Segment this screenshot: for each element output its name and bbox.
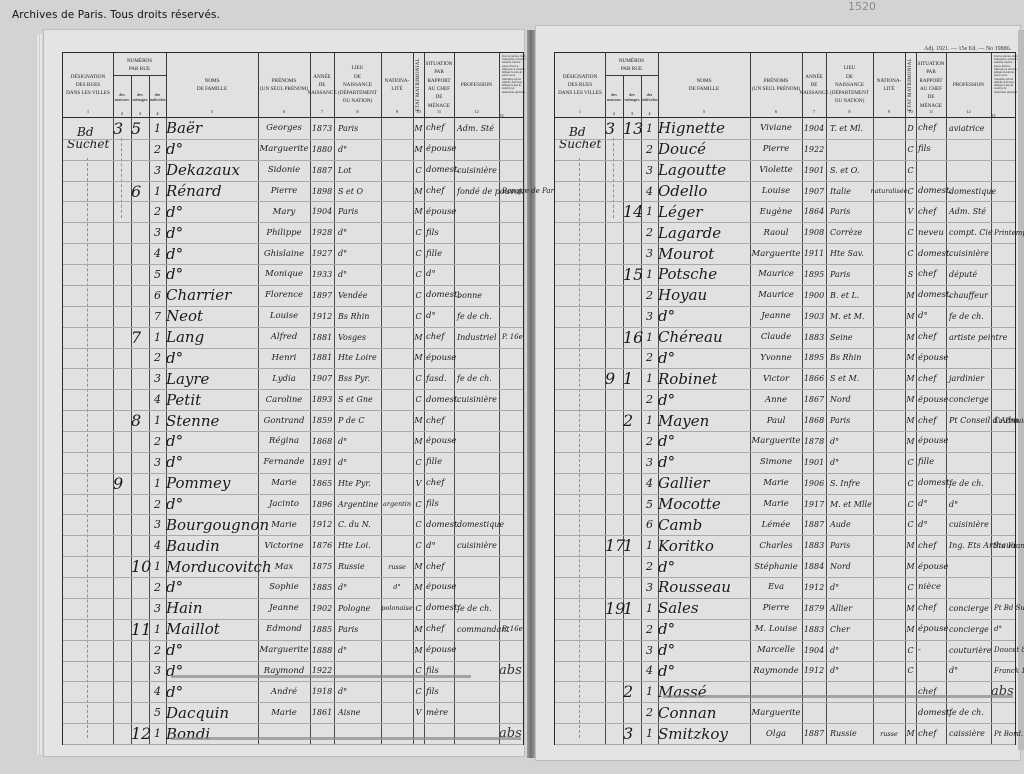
cell-year: 1861 <box>310 702 334 723</box>
cell-place: d° <box>334 640 385 661</box>
cell-place: Allier <box>826 598 877 619</box>
cell-sit: d° <box>424 535 456 556</box>
cell-house <box>113 494 131 515</box>
cell-house <box>113 139 131 160</box>
cell-emp <box>991 160 1018 181</box>
cell-emp <box>991 264 1018 285</box>
cell-year: 1887 <box>802 723 826 744</box>
header-text: maisons <box>115 97 129 102</box>
table-row: 7NeotLouise1912Bs RhinCd°fe de ch. <box>63 306 523 328</box>
cell-nat <box>873 577 905 598</box>
cell-menage: 7 <box>131 327 149 348</box>
cell-year: 1907 <box>310 368 334 389</box>
cell-place: d° <box>334 452 385 473</box>
cell-sit: épouse <box>916 389 948 410</box>
cell-sit: fille <box>424 243 456 264</box>
cell-civ: M <box>413 201 424 222</box>
cell-year: 1912 <box>802 661 826 682</box>
header-text: DES RUES <box>568 81 592 89</box>
header-text: de <box>846 73 853 81</box>
cell-nat: russe <box>381 556 413 577</box>
table-row: 2d°Régina1868d°Mépouse <box>63 431 523 453</box>
cell-emp <box>499 681 526 702</box>
header-etat-matrimonial: ÉTAT MATRIMONIAL10 <box>905 53 917 117</box>
cell-prof <box>454 410 502 431</box>
cell-ind: 2 <box>149 431 166 452</box>
cell-menage <box>623 452 641 473</box>
cell-emp <box>499 348 526 369</box>
cell-year: 1875 <box>310 556 334 577</box>
cell-year: 1881 <box>310 327 334 348</box>
cell-place: Seine <box>826 327 877 348</box>
cell-prof: Ing. Ets Arthaud <box>946 535 994 556</box>
cell-prof <box>454 222 502 243</box>
cell-place: Pologne <box>334 598 385 619</box>
cell-name: Baër <box>166 118 258 139</box>
cell-ind: 3 <box>149 222 166 243</box>
cell-first: Marguerite <box>750 702 802 723</box>
cell-sit: d° <box>424 306 456 327</box>
cell-prof <box>454 681 502 702</box>
cell-prof <box>946 431 994 452</box>
cell-nat <box>873 452 905 473</box>
cell-year: 1900 <box>802 285 826 306</box>
cell-name: Connan <box>658 702 750 723</box>
cell-emp <box>991 389 1018 410</box>
cell-name: Lagoutte <box>658 160 750 181</box>
cell-first: Raymond <box>258 661 310 682</box>
cell-first: Victor <box>750 368 802 389</box>
cell-house: 3 <box>605 118 623 139</box>
cell-name: d° <box>658 452 750 473</box>
cell-menage <box>131 452 149 473</box>
cell-sit <box>916 661 948 682</box>
cell-ind: 3 <box>641 577 658 598</box>
header-text: PROFESSION <box>461 81 492 89</box>
cell-civ <box>905 702 916 723</box>
cell-sit: chef <box>424 410 456 431</box>
cell-civ: M <box>905 619 916 640</box>
header-text: LIEU <box>352 64 364 72</box>
table-row: 141LégerEugène1864ParisVchefAdm. Sté <box>555 201 1015 223</box>
header-text: NUMÉROS <box>619 57 644 65</box>
cell-first: Eva <box>750 577 802 598</box>
cell-prof <box>454 702 502 723</box>
cell-first: Régina <box>258 431 310 452</box>
header-text: 10 <box>413 108 424 115</box>
cell-civ: M <box>905 431 916 452</box>
cell-civ: M <box>413 410 424 431</box>
table-row: 2LagardeRaoul1908CorrèzeCneveucompt. Cie… <box>555 222 1015 244</box>
cell-nat <box>381 306 413 327</box>
header-text: NUMÉROS <box>127 57 152 65</box>
cell-emp: Doucet 8e <box>991 640 1018 661</box>
header-text: NATIONA- <box>385 77 410 85</box>
cell-year: 1902 <box>310 598 334 619</box>
cell-nat <box>381 473 413 494</box>
cell-menage: 1 <box>623 368 641 389</box>
cell-ind: 3 <box>641 640 658 661</box>
cell-year: 1865 <box>310 473 334 494</box>
cell-ind: 2 <box>149 640 166 661</box>
cell-ind: 7 <box>149 306 166 327</box>
cell-place: Italie <box>826 181 877 202</box>
cell-place: Vosges <box>334 327 385 348</box>
cell-name: d° <box>166 264 258 285</box>
cell-house <box>113 327 131 348</box>
cell-place: S et M. <box>826 368 877 389</box>
header-text: Pour les patrons, chefs d'entreprise, ou… <box>994 55 1018 94</box>
cell-civ: C <box>413 222 424 243</box>
table-row: 4BaudinVictorine1876Hte Loi.Cd°cuisinièr… <box>63 535 523 557</box>
cell-name: Bondi <box>166 723 258 744</box>
table-row: 2d°M. Louise1883CherMépouseconcierged° <box>555 619 1015 641</box>
cell-prof: cuisinière <box>946 514 994 535</box>
cell-emp <box>499 640 526 661</box>
header-numeros-sub: desménages3 <box>623 75 642 118</box>
cell-emp <box>499 702 526 723</box>
cell-menage <box>131 514 149 535</box>
cell-first: Marie <box>258 473 310 494</box>
cell-name: d° <box>166 681 258 702</box>
census-sheet-right: DÉSIGNATIONDES RUESdans les villes1NOMSD… <box>554 52 1016 745</box>
table-row: 61RénardPierre1898S et OMcheffondé de po… <box>63 181 523 203</box>
cell-nat <box>873 368 905 389</box>
cell-first: Louise <box>258 306 310 327</box>
cell-name: Charrier <box>166 285 258 306</box>
header-text: dans les villes <box>66 89 110 97</box>
cell-sit: chef <box>916 598 948 619</box>
cell-prof <box>454 494 502 515</box>
cell-emp <box>991 243 1018 264</box>
cell-emp: Banque de Paris <box>499 181 526 202</box>
cell-emp <box>499 514 526 535</box>
table-row: 3d°Philippe1928d°Cfils <box>63 222 523 244</box>
cell-ind: 2 <box>641 556 658 577</box>
cell-civ: M <box>905 389 916 410</box>
cell-year: 1898 <box>310 181 334 202</box>
cell-prof: fe de ch. <box>454 598 502 619</box>
cell-name: d° <box>166 222 258 243</box>
cell-first: Simone <box>750 452 802 473</box>
cell-menage <box>623 556 641 577</box>
cell-house <box>605 681 623 702</box>
cell-prof <box>454 243 502 264</box>
cell-name: Stenne <box>166 410 258 431</box>
cell-name: Hignette <box>658 118 750 139</box>
cell-sit: chef <box>424 556 456 577</box>
cell-house <box>113 389 131 410</box>
cell-place <box>334 723 385 744</box>
header-numeros-sub: desindividus4 <box>641 75 659 118</box>
cell-sit: fasd. <box>424 368 456 389</box>
cell-first: Lémée <box>750 514 802 535</box>
cell-nat <box>873 556 905 577</box>
table-row: 4d°Ghislaine1927d°Cfille <box>63 243 523 265</box>
cell-ind: 4 <box>149 389 166 410</box>
cell-year: 1917 <box>802 494 826 515</box>
cell-year <box>802 681 826 702</box>
header-text: 10 <box>905 108 916 115</box>
cell-name: d° <box>658 389 750 410</box>
cell-civ: C <box>413 494 424 515</box>
cell-menage <box>623 389 641 410</box>
table-row: 4d°André1918d°Cfils <box>63 681 523 703</box>
cell-place: S et O <box>334 181 385 202</box>
table-row: 5MocotteMarie1917M. et MlleCd°d° <box>555 494 1015 516</box>
cell-year: 1879 <box>802 598 826 619</box>
cell-first: Ghislaine <box>258 243 310 264</box>
cell-menage <box>131 264 149 285</box>
cell-prof <box>454 201 502 222</box>
cell-first: Marguerite <box>750 243 802 264</box>
cell-sit: domest. <box>424 389 456 410</box>
table-row: 3HainJeanne1902PolognepolonaiseCdomest.f… <box>63 598 523 620</box>
cell-civ: M <box>413 327 424 348</box>
cell-name: Layre <box>166 368 258 389</box>
table-row: 111MaillotEdmond1885ParisMchefcommandant… <box>63 619 523 641</box>
cell-year: 1883 <box>802 535 826 556</box>
cell-menage <box>623 181 641 202</box>
cell-name: Lagarde <box>658 222 750 243</box>
cell-year: 1881 <box>310 348 334 369</box>
cell-first: Victorine <box>258 535 310 556</box>
cell-civ: C <box>413 368 424 389</box>
cell-first: Sidonie <box>258 160 310 181</box>
cell-sit: épouse <box>916 619 948 640</box>
header-text: Pour les patrons, chefs d'entreprise, ou… <box>502 55 526 94</box>
cell-first: Jeanne <box>750 306 802 327</box>
cell-nat <box>873 431 905 452</box>
cell-civ: C <box>413 681 424 702</box>
cell-ind: 3 <box>149 598 166 619</box>
header-text: DES RUES <box>76 81 100 89</box>
cell-emp: Pt Bd Suchet 8e <box>991 598 1018 619</box>
cell-place: Paris <box>334 118 385 139</box>
cell-house <box>605 494 623 515</box>
cell-civ: M <box>413 431 424 452</box>
cell-ind: 3 <box>149 368 166 389</box>
cell-name: d° <box>166 452 258 473</box>
cell-sit: épouse <box>424 640 456 661</box>
cell-nat <box>381 181 413 202</box>
cell-emp <box>499 598 526 619</box>
header-text: individus <box>150 97 166 102</box>
cell-sit: épouse <box>916 348 948 369</box>
cell-place <box>826 702 877 723</box>
cell-house <box>113 201 131 222</box>
table-header: DÉSIGNATIONDES RUESdans les villes1NOMSD… <box>555 53 1015 118</box>
cell-nat <box>873 473 905 494</box>
cell-house <box>113 431 131 452</box>
header-text: de <box>319 81 326 89</box>
cell-emp: P. 16e <box>499 327 526 348</box>
cell-house <box>113 535 131 556</box>
cell-sit: chef <box>424 473 456 494</box>
cell-sit: domest. <box>424 285 456 306</box>
cell-place: Aisne <box>334 702 385 723</box>
cell-year: 1864 <box>802 201 826 222</box>
cell-civ <box>413 723 424 744</box>
cell-house: 17 <box>605 535 623 556</box>
cell-menage: 5 <box>131 118 149 139</box>
cell-name: Petit <box>166 389 258 410</box>
cell-menage <box>623 494 641 515</box>
cell-place: d° <box>334 139 385 160</box>
cell-year: 1887 <box>802 514 826 535</box>
cell-first: Marie <box>258 702 310 723</box>
cell-house <box>605 222 623 243</box>
table-row: 3d°Fernande1891d°Cfille <box>63 452 523 474</box>
cell-prof: fe de ch. <box>946 306 994 327</box>
cell-place: Bs Rhin <box>334 306 385 327</box>
header-lieu: LIEUdeNAISSANCE(Département ou nation)8 <box>826 53 874 117</box>
cell-ind: 4 <box>641 661 658 682</box>
header-text: NAISSANCE <box>835 81 864 89</box>
cell-nat <box>381 410 413 431</box>
cell-name: Rénard <box>166 181 258 202</box>
cell-place: Nord <box>826 556 877 577</box>
cell-house: 9 <box>113 473 131 494</box>
cell-prof: Pt Conseil d'Adm. <box>946 410 994 431</box>
cell-house <box>113 452 131 473</box>
cell-emp: La Providence 9e <box>991 410 1018 431</box>
cell-year: 1895 <box>802 264 826 285</box>
cell-emp <box>991 327 1018 348</box>
header-situation: SITUATIONparRAPPORTau chefde ménage11 <box>916 53 947 117</box>
cell-prof: d° <box>946 494 994 515</box>
cell-menage <box>623 285 641 306</box>
cell-menage: 12 <box>131 723 149 744</box>
table-row: 4OdelloLouise1907ItalienaturaliséeCdomes… <box>555 181 1015 203</box>
cell-menage <box>623 160 641 181</box>
cell-ind: 3 <box>149 160 166 181</box>
cell-first: Marcelle <box>750 640 802 661</box>
header-text: 5 <box>166 108 258 115</box>
header-employer-note: Pour les patrons, chefs d'entreprise, ou… <box>499 53 529 121</box>
cell-house <box>605 723 623 744</box>
cell-first: Raymonde <box>750 661 802 682</box>
cell-ind: 2 <box>641 431 658 452</box>
cell-prof <box>454 640 502 661</box>
cell-prof: concierge <box>946 619 994 640</box>
cell-emp <box>991 348 1018 369</box>
cell-menage <box>131 139 149 160</box>
cell-house <box>113 640 131 661</box>
cell-nat <box>873 327 905 348</box>
header-text: SITUATION <box>425 60 452 68</box>
cell-nat <box>381 327 413 348</box>
cell-ind: 3 <box>641 452 658 473</box>
cell-first: Henri <box>258 348 310 369</box>
cell-ind: 1 <box>641 598 658 619</box>
cell-first <box>750 681 802 702</box>
header-noms: NOMSDE FAMILLE5 <box>658 53 751 117</box>
cell-year: 1927 <box>310 243 334 264</box>
cell-emp <box>499 452 526 473</box>
cell-place: Russie <box>826 723 877 744</box>
cell-emp <box>499 201 526 222</box>
cell-name: Sales <box>658 598 750 619</box>
cell-menage <box>131 201 149 222</box>
cell-nat <box>381 243 413 264</box>
cell-sit: épouse <box>424 348 456 369</box>
header-profession: PROFESSION12 <box>946 53 992 117</box>
cell-civ: C <box>413 160 424 181</box>
cell-ind: 3 <box>149 452 166 473</box>
cell-nat: argentin <box>381 494 413 515</box>
cell-name: Mourot <box>658 243 750 264</box>
cell-place: d° <box>826 640 877 661</box>
page-stamp: 1520 <box>848 0 876 13</box>
header-text: PAR RUE <box>621 65 642 73</box>
cell-civ: M <box>905 535 916 556</box>
cell-menage <box>131 160 149 181</box>
book-spine <box>527 30 535 758</box>
cell-prof: cuisinière <box>454 160 502 181</box>
cell-first: Claude <box>750 327 802 348</box>
cell-first: Marguerite <box>750 431 802 452</box>
cell-emp: Franck 16e <box>991 661 1018 682</box>
cell-menage: 8 <box>131 410 149 431</box>
cell-menage <box>131 702 149 723</box>
cell-house <box>113 264 131 285</box>
cell-house <box>113 243 131 264</box>
cell-nat: polonaise <box>381 598 413 619</box>
cell-first: Louise <box>750 181 802 202</box>
cell-name: d° <box>166 661 258 682</box>
cell-nat <box>381 348 413 369</box>
header-text: RAPPORT <box>919 77 942 85</box>
cell-sit: épouse <box>424 201 456 222</box>
cell-nat <box>381 619 413 640</box>
cell-year: 1906 <box>802 473 826 494</box>
table-row: 3RousseauEva1912d°Cnièce <box>555 577 1015 599</box>
cell-emp <box>499 264 526 285</box>
cell-place: M. et M. <box>826 306 877 327</box>
table-row: 3131HignetteViviane1904T. et Ml.Dchefavi… <box>555 118 1015 140</box>
cell-civ: M <box>905 368 916 389</box>
cell-ind: 2 <box>641 348 658 369</box>
cell-first: Violette <box>750 160 802 181</box>
cell-house <box>605 431 623 452</box>
cell-sit: domest. <box>916 702 948 723</box>
cell-nat <box>381 702 413 723</box>
cell-prof: d° <box>946 661 994 682</box>
cell-emp <box>991 139 1018 160</box>
header-text: NOMS <box>697 77 712 85</box>
cell-prof: Adm. Sté <box>946 201 994 222</box>
cell-place: Argentine <box>334 494 385 515</box>
cell-ind: 1 <box>641 368 658 389</box>
cell-civ: C <box>413 389 424 410</box>
cell-civ: D <box>905 118 916 139</box>
table-row: 2d°Yvonne1895Bs RhinMépouse <box>555 348 1015 370</box>
cell-emp <box>991 577 1018 598</box>
cell-house <box>605 181 623 202</box>
cell-emp <box>499 285 526 306</box>
cell-place: d° <box>334 431 385 452</box>
cell-house <box>605 160 623 181</box>
header-text: LIEU <box>844 64 856 72</box>
cell-name: d° <box>166 348 258 369</box>
cell-emp: abs <box>499 723 523 744</box>
cell-year: 1868 <box>310 431 334 452</box>
cell-house <box>605 640 623 661</box>
cell-menage <box>131 535 149 556</box>
cell-emp <box>499 368 526 389</box>
cell-first: Stéphanie <box>750 556 802 577</box>
